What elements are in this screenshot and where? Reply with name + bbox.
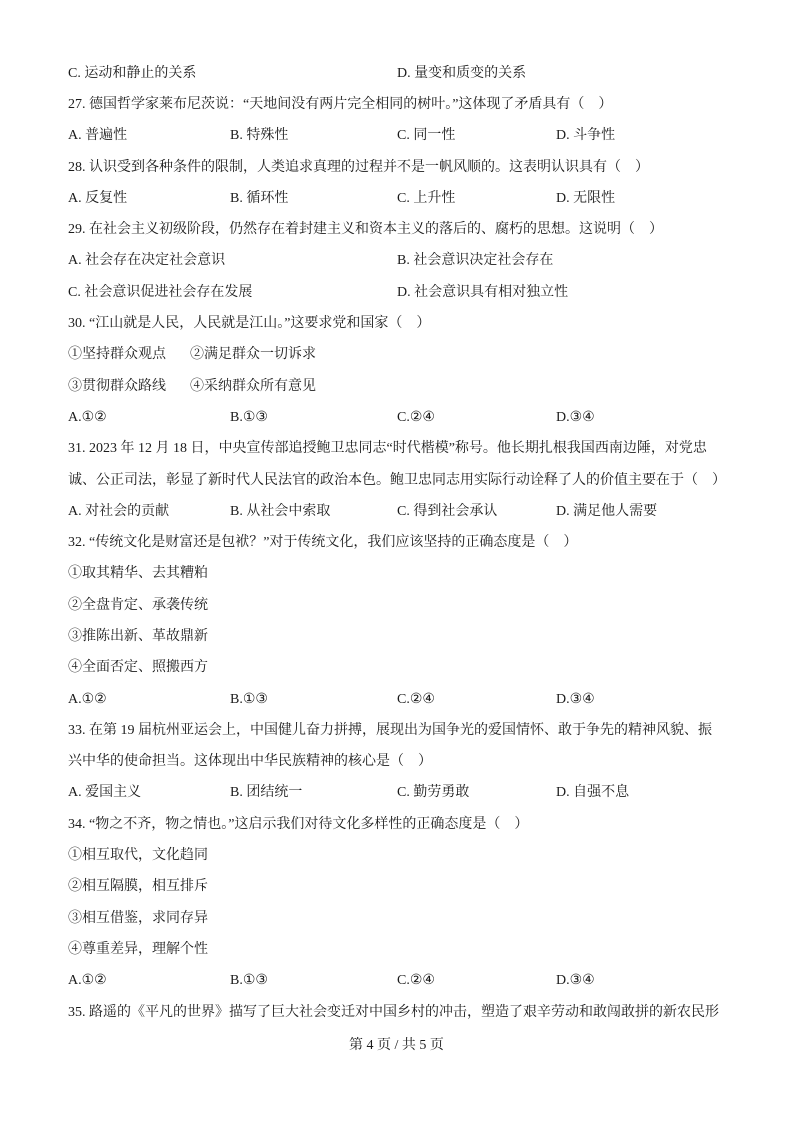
question-text: 兴中华的使命担当。这体现出中华民族精神的核心是（ ） (68, 754, 432, 770)
option-cell: D.③④ (556, 410, 595, 426)
option-cell: C. 运动和静止的关系 (68, 66, 196, 82)
text-line: 30. “江山就是人民，人民就是江山。”这要求党和国家（ ） (68, 308, 728, 339)
text-line: 兴中华的使命担当。这体现出中华民族精神的核心是（ ） (68, 747, 728, 778)
option-cell: ①坚持群众观点 (68, 347, 166, 363)
question-text: 31. 2023 年 12 月 18 日，中央宣传部追授鲍卫忠同志“时代楷模”称… (68, 441, 707, 457)
option-cell: C. 上升性 (397, 191, 455, 207)
option-cell: B. 社会意识决定社会存在 (397, 253, 553, 269)
text-line: ②相互隔膜，相互排斥 (68, 872, 728, 903)
option-cell: C.②④ (397, 692, 435, 708)
text-line: 33. 在第 19 届杭州亚运会上，中国健儿奋力拼搏，展现出为国争光的爱国情怀、… (68, 715, 728, 746)
option-cell: ②满足群众一切诉求 (190, 347, 316, 363)
option-cell: C.②④ (397, 973, 435, 989)
option-cell: ④采纳群众所有意见 (190, 379, 316, 395)
option-cell: A. 爱国主义 (68, 785, 141, 801)
text-line: 27. 德国哲学家莱布尼茨说：“天地间没有两片完全相同的树叶。”这体现了矛盾具有… (68, 89, 728, 120)
page-footer: 第 4 页 / 共 5 页 (0, 1036, 793, 1056)
question-text: 35. 路遥的《平凡的世界》描写了巨大社会变迁对中国乡村的冲击，塑造了艰辛劳动和… (68, 1005, 719, 1021)
text-line: 28. 认识受到各种条件的限制，人类追求真理的过程并不是一帆风顺的。这表明认识具… (68, 152, 728, 183)
option-cell: A. 社会存在决定社会意识 (68, 253, 225, 269)
option-cell: B.①③ (230, 973, 268, 989)
question-text: ③相互借鉴，求同存异 (68, 911, 208, 927)
options-row: A.①②B.①③C.②④D.③④ (68, 966, 728, 997)
document-page: C. 运动和静止的关系D. 量变和质变的关系27. 德国哲学家莱布尼茨说：“天地… (0, 0, 793, 1122)
question-text: ②全盘肯定、承袭传统 (68, 598, 208, 614)
option-cell: A.①② (68, 410, 107, 426)
text-line: ④全面否定、照搬西方 (68, 653, 728, 684)
option-cell: ③贯彻群众路线 (68, 379, 166, 395)
options-row: ③贯彻群众路线④采纳群众所有意见 (68, 371, 728, 402)
question-text: ①取其精华、去其糟粕 (68, 566, 208, 582)
options-row: A. 社会存在决定社会意识B. 社会意识决定社会存在 (68, 246, 728, 277)
text-line: ④尊重差异，理解个性 (68, 934, 728, 965)
options-row: A. 反复性B. 循环性C. 上升性D. 无限性 (68, 183, 728, 214)
question-text: 29. 在社会主义初级阶段，仍然存在着封建主义和资本主义的落后的、腐朽的思想。这… (68, 222, 663, 238)
text-line: 34. “物之不齐，物之情也。”这启示我们对待文化多样性的正确态度是（ ） (68, 809, 728, 840)
text-line: 29. 在社会主义初级阶段，仍然存在着封建主义和资本主义的落后的、腐朽的思想。这… (68, 214, 728, 245)
option-cell: B.①③ (230, 410, 268, 426)
option-cell: D.③④ (556, 692, 595, 708)
text-line: ①相互取代，文化趋同 (68, 840, 728, 871)
question-text: 30. “江山就是人民，人民就是江山。”这要求党和国家（ ） (68, 316, 430, 332)
options-row: A. 爱国主义B. 团结统一C. 勤劳勇敢D. 自强不息 (68, 778, 728, 809)
text-line: ①取其精华、去其糟粕 (68, 559, 728, 590)
option-cell: C. 社会意识促进社会存在发展 (68, 285, 252, 301)
options-row: A. 对社会的贡献B. 从社会中索取C. 得到社会承认D. 满足他人需要 (68, 496, 728, 527)
text-line: ③相互借鉴，求同存异 (68, 903, 728, 934)
options-row: C. 社会意识促进社会存在发展D. 社会意识具有相对独立性 (68, 277, 728, 308)
option-cell: D.③④ (556, 973, 595, 989)
option-cell: C. 勤劳勇敢 (397, 785, 469, 801)
option-cell: C. 得到社会承认 (397, 504, 497, 520)
option-cell: C.②④ (397, 410, 435, 426)
options-row: ①坚持群众观点②满足群众一切诉求 (68, 340, 728, 371)
text-line: ②全盘肯定、承袭传统 (68, 590, 728, 621)
option-cell: B. 循环性 (230, 191, 288, 207)
options-row: A.①②B.①③C.②④D.③④ (68, 684, 728, 715)
question-text: ④全面否定、照搬西方 (68, 660, 208, 676)
options-row: A.①②B.①③C.②④D.③④ (68, 402, 728, 433)
option-cell: D. 自强不息 (556, 785, 629, 801)
option-cell: D. 社会意识具有相对独立性 (397, 285, 568, 301)
options-row: C. 运动和静止的关系D. 量变和质变的关系 (68, 58, 728, 89)
option-cell: A. 普遍性 (68, 128, 127, 144)
text-line: 诚、公正司法，彰显了新时代人民法官的政治本色。鲍卫忠同志用实际行动诠释了人的价值… (68, 465, 728, 496)
page-number: 第 4 页 / 共 5 页 (349, 1038, 444, 1053)
question-text: 27. 德国哲学家莱布尼茨说：“天地间没有两片完全相同的树叶。”这体现了矛盾具有… (68, 97, 612, 113)
question-text: 32. “传统文化是财富还是包袱？”对于传统文化，我们应该坚持的正确态度是（ ） (68, 535, 577, 551)
question-text: 28. 认识受到各种条件的限制，人类追求真理的过程并不是一帆风顺的。这表明认识具… (68, 160, 649, 176)
option-cell: A. 对社会的贡献 (68, 504, 169, 520)
exam-content: C. 运动和静止的关系D. 量变和质变的关系27. 德国哲学家莱布尼茨说：“天地… (68, 58, 728, 1028)
text-line: 35. 路遥的《平凡的世界》描写了巨大社会变迁对中国乡村的冲击，塑造了艰辛劳动和… (68, 997, 728, 1028)
question-text: ③推陈出新、革故鼎新 (68, 629, 208, 645)
option-cell: D. 无限性 (556, 191, 615, 207)
option-cell: D. 满足他人需要 (556, 504, 657, 520)
option-cell: B. 从社会中索取 (230, 504, 330, 520)
option-cell: D. 斗争性 (556, 128, 615, 144)
text-line: 32. “传统文化是财富还是包袱？”对于传统文化，我们应该坚持的正确态度是（ ） (68, 527, 728, 558)
question-text: ④尊重差异，理解个性 (68, 942, 208, 958)
question-text: ①相互取代，文化趋同 (68, 848, 208, 864)
option-cell: A.①② (68, 692, 107, 708)
option-cell: B.①③ (230, 692, 268, 708)
question-text: ②相互隔膜，相互排斥 (68, 879, 208, 895)
option-cell: B. 团结统一 (230, 785, 302, 801)
text-line: ③推陈出新、革故鼎新 (68, 621, 728, 652)
option-cell: C. 同一性 (397, 128, 455, 144)
question-text: 33. 在第 19 届杭州亚运会上，中国健儿奋力拼搏，展现出为国争光的爱国情怀、… (68, 723, 712, 739)
option-cell: A.①② (68, 973, 107, 989)
question-text: 诚、公正司法，彰显了新时代人民法官的政治本色。鲍卫忠同志用实际行动诠释了人的价值… (68, 473, 726, 489)
option-cell: A. 反复性 (68, 191, 127, 207)
question-text: 34. “物之不齐，物之情也。”这启示我们对待文化多样性的正确态度是（ ） (68, 817, 528, 833)
text-line: 31. 2023 年 12 月 18 日，中央宣传部追授鲍卫忠同志“时代楷模”称… (68, 434, 728, 465)
option-cell: D. 量变和质变的关系 (397, 66, 526, 82)
option-cell: B. 特殊性 (230, 128, 288, 144)
options-row: A. 普遍性B. 特殊性C. 同一性D. 斗争性 (68, 121, 728, 152)
